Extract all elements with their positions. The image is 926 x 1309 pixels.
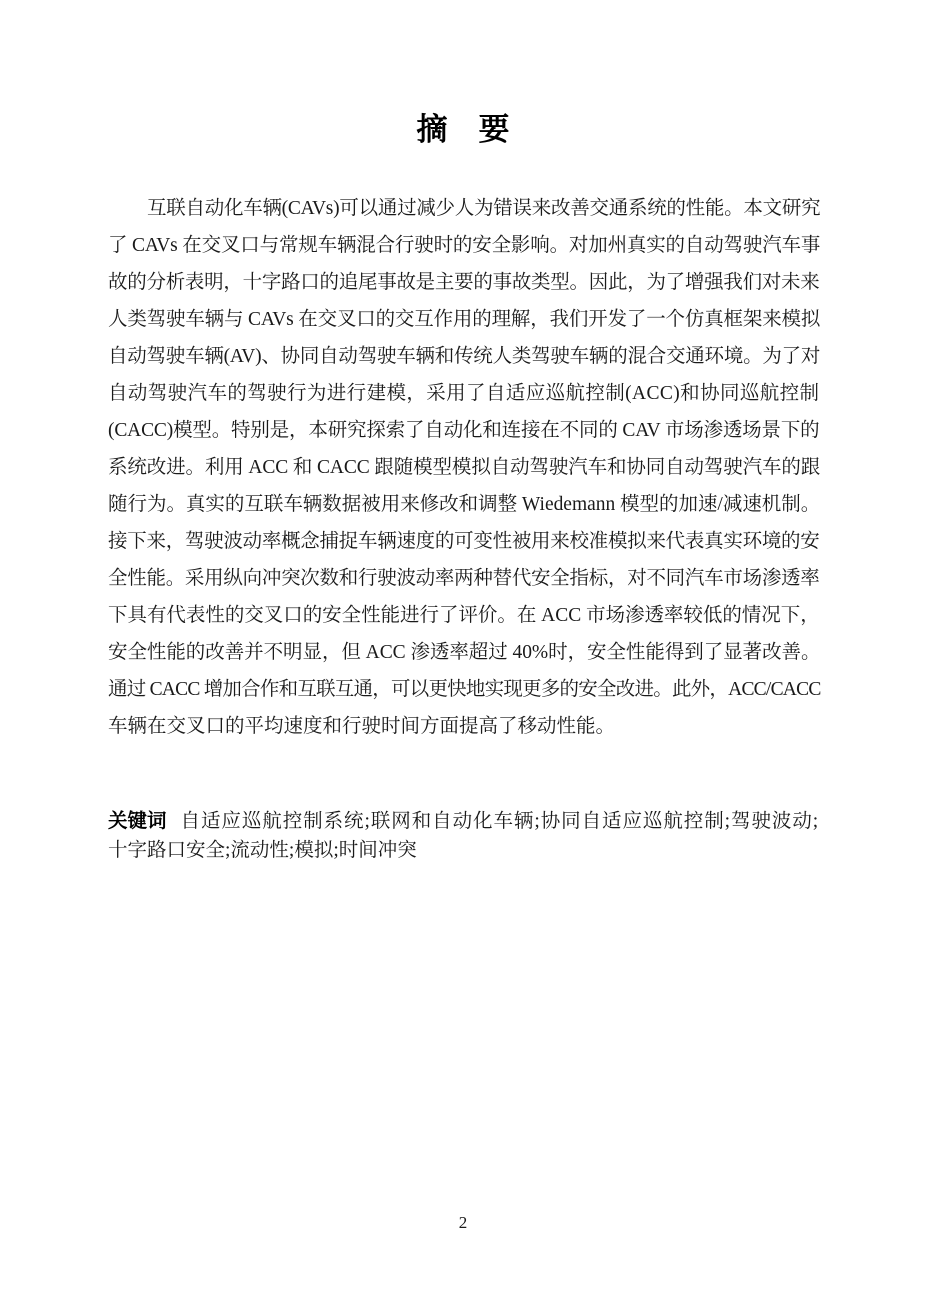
keywords-line: 关键词自适应巡航控制系统;联网和自动化车辆;协同自适应巡航控制;驾驶波动; <box>108 807 820 836</box>
abstract-line: 故的分析表明，十字路口的追尾事故是主要的事故类型。因此，为了增强我们对未来 <box>108 264 820 301</box>
abstract-line: 下具有代表性的交叉口的安全性能进行了评价。在 ACC 市场渗透率较低的情况下， <box>108 597 820 634</box>
abstract-line: 安全性能的改善并不明显，但 ACC 渗透率超过 40%时，安全性能得到了显著改善… <box>108 634 820 671</box>
abstract-line: 了 CAVs 在交叉口与常规车辆混合行驶时的安全影响。对加州真实的自动驾驶汽车事 <box>108 227 820 264</box>
keywords-text: 自适应巡航控制系统;联网和自动化车辆;协同自适应巡航控制;驾驶波动; <box>181 807 820 836</box>
abstract-line: (CACC)模型。特别是，本研究探索了自动化和连接在不同的 CAV 市场渗透场景… <box>108 412 820 449</box>
abstract-line: 全性能。采用纵向冲突次数和行驶波动率两种替代安全指标，对不同汽车市场渗透率 <box>108 560 820 597</box>
document-page: 摘 要 互联自动化车辆(CAVs)可以通过减少人为错误来改善交通系统的性能。本文… <box>0 0 926 1309</box>
page-title: 摘 要 <box>0 108 926 152</box>
abstract-line: 随行为。真实的互联车辆数据被用来修改和调整 Wiedemann 模型的加速/减速… <box>108 486 820 523</box>
keywords-section: 关键词自适应巡航控制系统;联网和自动化车辆;协同自适应巡航控制;驾驶波动; 十字… <box>108 807 820 865</box>
keywords-label: 关键词 <box>108 807 167 836</box>
abstract-line: 接下来，驾驶波动率概念捕捉车辆速度的可变性被用来校准模拟来代表真实环境的安 <box>108 523 820 560</box>
abstract-line: 自动驾驶汽车的驾驶行为进行建模，采用了自适应巡航控制(ACC)和协同巡航控制 <box>108 375 820 412</box>
abstract-paragraph: 互联自动化车辆(CAVs)可以通过减少人为错误来改善交通系统的性能。本文研究 了… <box>108 190 820 745</box>
abstract-line: 通过 CACC 增加合作和互联互通，可以更快地实现更多的安全改进。此外，ACC/… <box>108 671 820 708</box>
abstract-line: 人类驾驶车辆与 CAVs 在交叉口的交互作用的理解，我们开发了一个仿真框架来模拟 <box>108 301 820 338</box>
keywords-line: 十字路口安全;流动性;模拟;时间冲突 <box>108 836 820 865</box>
abstract-line: 自动驾驶车辆(AV)、协同自动驾驶车辆和传统人类驾驶车辆的混合交通环境。为了对 <box>108 338 820 375</box>
keywords-text: 十字路口安全;流动性;模拟;时间冲突 <box>108 836 417 865</box>
page-number: 2 <box>0 1212 926 1234</box>
abstract-line: 互联自动化车辆(CAVs)可以通过减少人为错误来改善交通系统的性能。本文研究 <box>108 190 820 227</box>
abstract-line: 车辆在交叉口的平均速度和行驶时间方面提高了移动性能。 <box>108 708 820 745</box>
abstract-line: 系统改进。利用 ACC 和 CACC 跟随模型模拟自动驾驶汽车和协同自动驾驶汽车… <box>108 449 820 486</box>
